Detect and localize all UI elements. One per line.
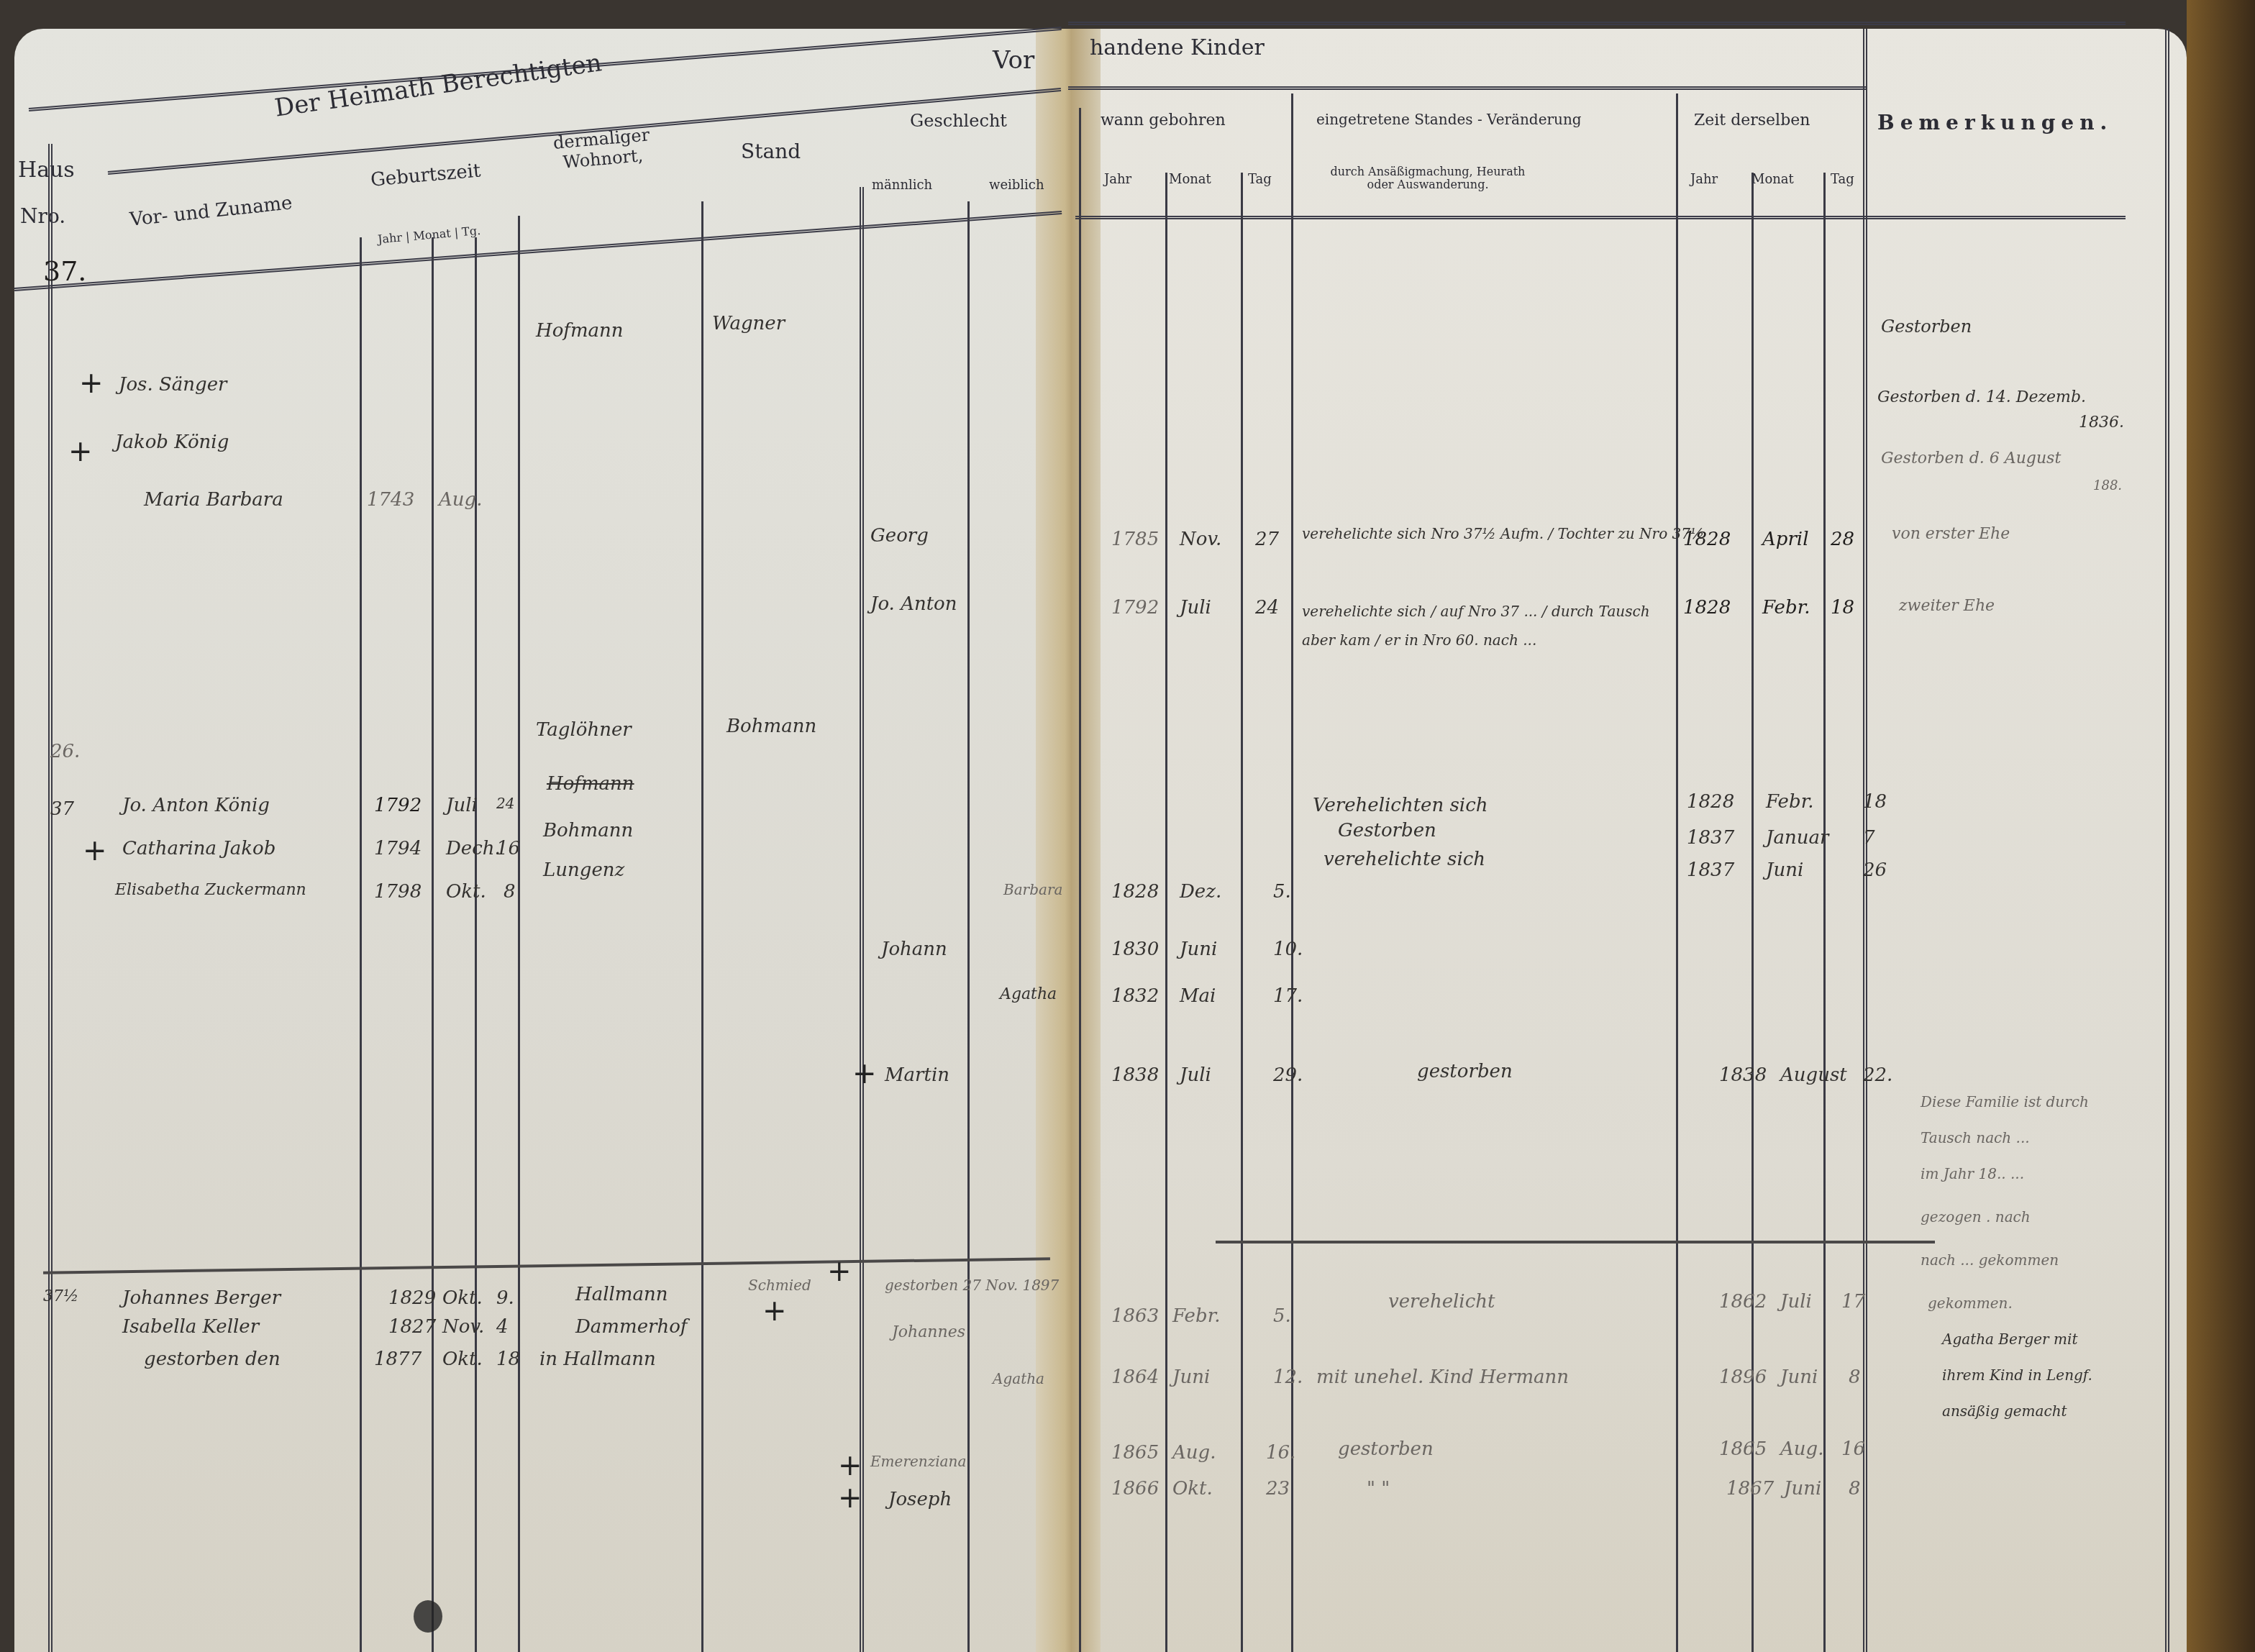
child-female: Barbara xyxy=(1003,881,1062,898)
child-birth-day: 12. xyxy=(1273,1366,1303,1388)
header-stand: Stand xyxy=(741,140,801,163)
status-change: Verehelichten sich xyxy=(1313,795,1488,816)
entry-stand: Schmied xyxy=(748,1277,811,1294)
deceased-cross-icon: + xyxy=(838,1449,862,1482)
change-year: 1828 xyxy=(1683,529,1731,550)
child-birth-day: 23 xyxy=(1266,1478,1290,1500)
header-bemerkungen: Bemerkungen. xyxy=(1877,111,2113,134)
change-month: Juni xyxy=(1780,1366,1818,1388)
deceased-cross-icon: + xyxy=(762,1295,787,1328)
entry-wohnort: Hofmann xyxy=(547,773,634,795)
entry-wohnort: Hofmann xyxy=(536,320,624,342)
entry-name: Jos. Sänger xyxy=(119,374,227,396)
entry-birth-day: 18 xyxy=(496,1348,520,1370)
col-line xyxy=(1165,173,1167,1652)
child-birth-month: Juli xyxy=(1180,597,1211,619)
entry-birth-year: 1794 xyxy=(374,838,422,859)
col-line xyxy=(48,144,53,1652)
status-change: verehelichte sich / auf Nro 37 ... / dur… xyxy=(1302,597,1676,654)
child-birth-day: 24 xyxy=(1255,597,1279,619)
child-birth-year: 1792 xyxy=(1111,597,1159,619)
child-birth-day: 5. xyxy=(1273,881,1291,903)
remark: Tausch nach ... xyxy=(1921,1129,2030,1146)
entry-birth-year: 1829 xyxy=(388,1287,436,1309)
child-birth-day: 10. xyxy=(1273,939,1303,960)
change-year: 1828 xyxy=(1683,597,1731,619)
child-birth-year: 1866 xyxy=(1111,1478,1159,1500)
change-year: 1838 xyxy=(1719,1064,1767,1086)
change-year: 1862 xyxy=(1719,1291,1767,1313)
entry-wohnort: Hallmann xyxy=(575,1284,668,1305)
change-month: Febr. xyxy=(1766,791,1814,813)
child-birth-year: 1785 xyxy=(1111,529,1159,550)
change-year: 1896 xyxy=(1719,1366,1767,1388)
house-number: 37½ xyxy=(43,1287,78,1305)
change-month: August xyxy=(1780,1064,1847,1086)
header-zeit-derselben: Zeit derselben xyxy=(1694,111,1810,129)
status-change: verehelichte sich xyxy=(1324,849,1485,870)
col-line xyxy=(2165,29,2169,1652)
child-birth-month: Okt. xyxy=(1172,1478,1213,1500)
entry-birth-day: 4 xyxy=(496,1316,509,1338)
change-month: Juli xyxy=(1780,1291,1812,1313)
entry-wohnort: Lungenz xyxy=(543,859,624,881)
col-line xyxy=(967,201,970,1652)
header-standes-sub: durch Ansäßigmachung, Heurath oder Auswa… xyxy=(1320,165,1536,192)
child-male: Johannes xyxy=(892,1323,965,1341)
change-day: 28 xyxy=(1831,529,1854,550)
house-number: 37. xyxy=(43,255,86,287)
entry-name: Johannes Berger xyxy=(122,1287,281,1309)
entry-birth-year: 1743 xyxy=(367,489,414,511)
change-year: 1828 xyxy=(1687,791,1734,813)
entry-stand: Bohmann xyxy=(726,716,816,737)
change-month: Aug. xyxy=(1780,1438,1823,1460)
ink-blot xyxy=(414,1600,442,1633)
change-year: 1837 xyxy=(1687,859,1734,881)
change-month: Juni xyxy=(1784,1478,1821,1500)
entry-birth-year: 1792 xyxy=(374,795,422,816)
change-month: April xyxy=(1762,529,1808,550)
header-z-monat: Monat xyxy=(1751,173,1794,188)
child-name: Emerenziana xyxy=(870,1453,966,1470)
change-month: Januar xyxy=(1766,827,1828,849)
col-line xyxy=(518,216,520,1652)
child-birth-month: Aug. xyxy=(1172,1442,1216,1464)
change-year: 1867 xyxy=(1726,1478,1774,1500)
status-change: " " xyxy=(1367,1478,1390,1500)
entry-wohnort: Dammerhof xyxy=(575,1316,688,1338)
child-birth-month: Febr. xyxy=(1172,1305,1221,1327)
child-birth-month: Nov. xyxy=(1180,529,1221,550)
center-title-right: handene Kinder xyxy=(1090,36,1265,61)
section-rule xyxy=(1216,1241,1935,1243)
child-birth-day: 27 xyxy=(1255,529,1279,550)
header-weiblich: weiblich xyxy=(989,178,1044,193)
child-birth-year: 1865 xyxy=(1111,1442,1159,1464)
header-z-tag: Tag xyxy=(1831,173,1854,188)
child-birth-month: Juli xyxy=(1180,1064,1211,1086)
change-day: 26 xyxy=(1863,859,1887,881)
child-male: Martin xyxy=(885,1064,949,1086)
entry-birth-year: 1798 xyxy=(374,881,422,903)
status-change: gestorben xyxy=(1338,1438,1434,1460)
entry-name: gestorben den xyxy=(144,1348,281,1370)
header-k-monat: Monat xyxy=(1169,173,1211,188)
remark: ihrem Kind in Lengf. xyxy=(1942,1366,2092,1384)
center-title-left: Vor xyxy=(993,47,1034,75)
child-male: Jo. Anton xyxy=(870,593,957,615)
deceased-cross-icon: + xyxy=(83,834,107,867)
remark: gezogen . nach xyxy=(1921,1208,2031,1226)
change-day: 16 xyxy=(1841,1438,1865,1460)
header-maennlich: männlich xyxy=(872,178,932,193)
col-line xyxy=(475,237,477,1652)
remark: ansäßig gemacht xyxy=(1942,1402,2067,1420)
child-name: Joseph xyxy=(888,1489,952,1510)
col-line xyxy=(1751,173,1754,1652)
child-birth-day: 17. xyxy=(1273,985,1303,1007)
header-wann-gebohren: wann gebohren xyxy=(1101,111,1226,129)
entry-name: Elisabetha Zuckermann xyxy=(115,881,306,899)
change-day: 18 xyxy=(1863,791,1887,813)
register-book: Der Heimath Berechtigten Vor Haus Nro. V… xyxy=(0,0,2255,1652)
remark: 188. xyxy=(2093,478,2122,493)
child-birth-year: 1828 xyxy=(1111,881,1159,903)
entry-birth-day: 16 xyxy=(496,838,520,859)
col-line xyxy=(1676,93,1678,1652)
change-day: 18 xyxy=(1831,597,1854,619)
remark: von erster Ehe xyxy=(1892,525,2010,543)
remark: nach ... gekommen xyxy=(1921,1251,2059,1269)
child-birth-month: Mai xyxy=(1180,985,1216,1007)
entry-name: Maria Barbara xyxy=(144,489,283,511)
entry-birth-month: Nov. xyxy=(442,1316,484,1338)
change-day: 7 xyxy=(1863,827,1875,849)
entry-birth-day: 24 xyxy=(496,795,514,812)
col-line xyxy=(432,237,434,1652)
entry-name: Isabella Keller xyxy=(122,1316,259,1338)
header-geschlecht: Geschlecht xyxy=(910,111,1007,132)
change-day: 17 xyxy=(1841,1291,1865,1313)
col-line xyxy=(1079,108,1081,1652)
col-line xyxy=(1241,173,1243,1652)
house-number: 37 xyxy=(50,798,74,820)
book-gutter xyxy=(1036,29,1101,1652)
child-birth-day: 5. xyxy=(1273,1305,1291,1327)
remark: Gestorben xyxy=(1881,316,1972,337)
child-birth-month: Dez. xyxy=(1180,881,1221,903)
col-line xyxy=(1291,93,1293,1652)
col-line xyxy=(1823,173,1826,1652)
change-month: Febr. xyxy=(1762,597,1810,619)
change-day: 8 xyxy=(1849,1366,1861,1388)
child-birth-year: 1832 xyxy=(1111,985,1159,1007)
status-change: gestorben xyxy=(1417,1061,1513,1082)
change-year: 1865 xyxy=(1719,1438,1767,1460)
header-z-jahr: Jahr xyxy=(1690,173,1718,188)
deceased-cross-icon: + xyxy=(838,1482,862,1515)
child-birth-month: Juni xyxy=(1180,939,1217,960)
entry-name: Jakob König xyxy=(115,432,229,453)
entry-birth-month: Okt. xyxy=(446,881,486,903)
remark: Gestorben d. 14. Dezemb. xyxy=(1877,388,2086,406)
child-birth-month: Juni xyxy=(1172,1366,1210,1388)
change-month: Juni xyxy=(1766,859,1803,881)
remark: Gestorben d. 6 August xyxy=(1881,449,2061,467)
status-change: verehelicht xyxy=(1388,1291,1495,1313)
change-day: 22. xyxy=(1863,1064,1892,1086)
entry-wohnort: Bohmann xyxy=(543,820,633,841)
child-birth-day: 16. xyxy=(1266,1442,1295,1464)
right-header-mid-rule xyxy=(1068,86,1867,90)
remark: Agatha Berger mit xyxy=(1942,1331,2077,1348)
right-header-bottom-rule xyxy=(1075,216,2126,219)
entry-birth-year: 1877 xyxy=(374,1348,422,1370)
entry-birth-month: Okt. xyxy=(442,1287,483,1309)
entry-birth-month: Juli xyxy=(446,795,478,816)
entry-birth-day: 9. xyxy=(496,1287,514,1309)
book-edge xyxy=(2187,0,2255,1652)
status-change: mit unehel. Kind Hermann xyxy=(1316,1366,1569,1388)
child-female: Agatha xyxy=(1000,985,1057,1003)
entry-birth-day: 8 xyxy=(504,881,516,903)
header-haus: Haus xyxy=(18,158,75,183)
header-k-tag: Tag xyxy=(1248,173,1272,188)
col-line xyxy=(701,201,703,1652)
child-birth-year: 1864 xyxy=(1111,1366,1159,1388)
child-female: Agatha xyxy=(993,1370,1044,1387)
change-year: 1837 xyxy=(1687,827,1734,849)
status-change: Gestorben xyxy=(1338,820,1436,841)
child-birth-year: 1838 xyxy=(1111,1064,1159,1086)
header-k-jahr: Jahr xyxy=(1104,173,1131,188)
right-header-top-rule xyxy=(1068,22,2126,25)
child-birth-year: 1863 xyxy=(1111,1305,1159,1327)
header-nro: Nro. xyxy=(20,205,65,228)
header-wohnort: dermaligerWohnort, xyxy=(552,125,652,173)
child-birth-year: 1830 xyxy=(1111,939,1159,960)
remark: im Jahr 18.. ... xyxy=(1921,1165,2024,1182)
remark: 1836. xyxy=(2079,414,2124,432)
remark: zweiter Ehe xyxy=(1899,597,1995,615)
child-male: Georg xyxy=(870,525,929,547)
entry-name: Jo. Anton König xyxy=(122,795,270,816)
entry-wohnort: Taglöhner xyxy=(536,719,632,741)
deceased-cross-icon: + xyxy=(852,1057,877,1090)
entry-name: Catharina Jakob xyxy=(122,838,275,859)
change-day: 8 xyxy=(1849,1478,1861,1500)
entry-birth-year: 1827 xyxy=(388,1316,436,1338)
header-standes-veraenderung: eingetretene Standes - Veränderung xyxy=(1316,111,1582,128)
child-birth-day: 29. xyxy=(1273,1064,1303,1086)
entry-stand: Wagner xyxy=(712,313,785,334)
house-number-old: 26. xyxy=(50,741,80,762)
remark: Diese Familie ist durch xyxy=(1921,1093,2089,1110)
status-change: verehelichte sich Nro 37½ Aufm. / Tochte… xyxy=(1302,525,1704,542)
entry-birth-month: Aug. xyxy=(439,489,482,511)
entry-birth-month: Okt. xyxy=(442,1348,483,1370)
deceased-cross-icon: + xyxy=(827,1255,852,1288)
entry-wohnort: in Hallmann xyxy=(539,1348,656,1370)
remark: gekommen. xyxy=(1928,1295,2013,1312)
col-line xyxy=(860,187,864,1652)
deceased-cross-icon: + xyxy=(79,367,104,400)
col-line xyxy=(360,237,362,1652)
deceased-cross-icon: + xyxy=(68,435,93,468)
deceased-note: gestorben 27 Nov. 1897 xyxy=(885,1277,1065,1294)
entry-birth-month: Dech. xyxy=(446,838,501,859)
child-male: Johann xyxy=(881,939,947,960)
